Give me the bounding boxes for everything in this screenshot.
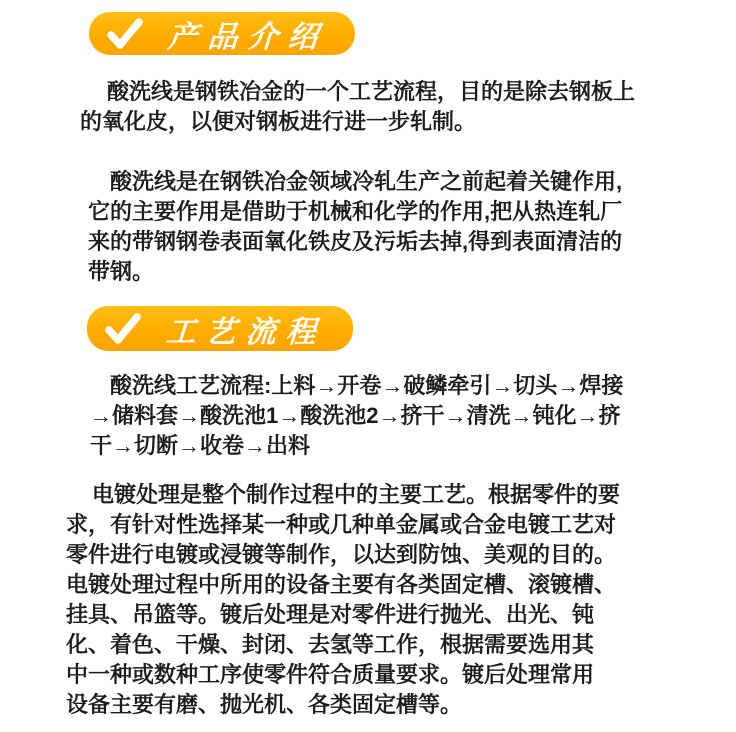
paragraph: 酸洗线是在钢铁冶金领域冷轧生产之前起着关键作用, 它的主要作用是借助于机械和化学…	[88, 167, 622, 287]
text-line: 它的主要作用是借助于机械和化学的作用,把从热连轧厂	[88, 197, 622, 227]
text-line: 设备主要有磨、抛光机、各类固定槽等。	[66, 690, 620, 720]
text-line: 电镀处理过程中所用的设备主要有各类固定槽、滚镀槽、	[66, 570, 620, 600]
text-line: 的氧化皮，以便对钢板进行进一步轧制。	[80, 107, 635, 137]
text-line: 带钢。	[88, 257, 622, 287]
text-line: 中一种或数种工序使零件符合质量要求。镀后处理常用	[66, 660, 620, 690]
checkmark-icon	[106, 18, 144, 50]
text-line: →储料套→酸洗池1→酸洗池2→挤干→清洗→钝化→挤	[90, 401, 623, 431]
text-line: 化、着色、干燥、封闭、去氢等工作，根据需要选用其	[66, 630, 620, 660]
checkmark-icon	[104, 313, 142, 345]
section-banner-process-flow: 工艺流程	[87, 306, 353, 351]
text-line: 酸洗线是钢铁冶金的一个工艺流程，目的是除去钢板上	[80, 77, 635, 107]
text-line: 干→切断→收卷→出料	[90, 431, 623, 461]
text-line: 电镀处理是整个制作过程中的主要工艺。根据零件的要	[66, 480, 620, 510]
section-title: 工艺流程	[164, 307, 327, 351]
section-title: 产品介绍	[166, 12, 329, 56]
page: 产品介绍 酸洗线是钢铁冶金的一个工艺流程，目的是除去钢板上 的氧化皮，以便对钢板…	[0, 0, 736, 732]
paragraph: 酸洗线是钢铁冶金的一个工艺流程，目的是除去钢板上 的氧化皮，以便对钢板进行进一步…	[80, 77, 635, 137]
text-line: 来的带钢钢卷表面氧化铁皮及污垢去掉,得到表面清洁的	[88, 227, 622, 257]
paragraph-process-steps: 酸洗线工艺流程:上料→开卷→破鳞牵引→切头→焊接 →储料套→酸洗池1→酸洗池2→…	[90, 371, 623, 461]
paragraph: 电镀处理是整个制作过程中的主要工艺。根据零件的要 求，有针对性选择某一种或几种单…	[66, 480, 620, 720]
text-line: 求，有针对性选择某一种或几种单金属或合金电镀工艺对	[66, 510, 620, 540]
text-line: 零件进行电镀或浸镀等制作，以达到防蚀、美观的目的。	[66, 540, 620, 570]
text-line: 酸洗线工艺流程:上料→开卷→破鳞牵引→切头→焊接	[90, 371, 623, 401]
text-line: 挂具、吊篮等。镀后处理是对零件进行抛光、出光、钝	[66, 600, 620, 630]
section-banner-product-intro: 产品介绍	[89, 12, 355, 55]
text-line: 酸洗线是在钢铁冶金领域冷轧生产之前起着关键作用,	[88, 167, 622, 197]
